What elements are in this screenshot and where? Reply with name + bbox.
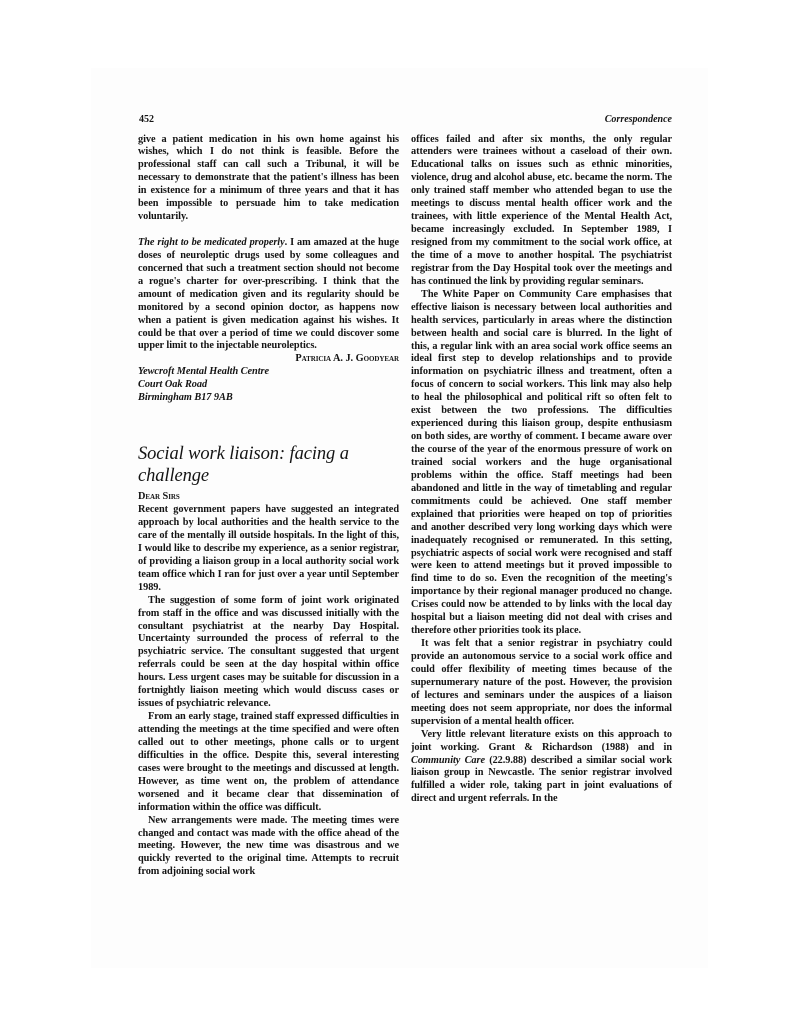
address-line: Birmingham B17 9AB (138, 392, 399, 405)
author-address: Yewcroft Mental Health Centre Court Oak … (138, 366, 399, 405)
body-paragraph: The suggestion of some form of joint wor… (138, 595, 399, 711)
body-paragraph: The White Paper on Community Care emphas… (411, 289, 672, 638)
body-paragraph: It was felt that a senior registrar in p… (411, 638, 672, 729)
left-column: give a patient medication in his own hom… (138, 134, 399, 880)
right-to-be-medicated-paragraph: The right to be medicated properly. I am… (138, 237, 399, 353)
journal-reference: Community Care (411, 755, 485, 766)
continuation-paragraph: give a patient medication in his own hom… (138, 134, 399, 225)
author-signature: Patricia A. J. Goodyear (138, 353, 399, 366)
paragraph-lead-in: The right to be medicated properly (138, 237, 285, 248)
section-header: Correspondence (605, 114, 672, 126)
address-line: Court Oak Road (138, 379, 399, 392)
paragraph-text: Very little relevant literature exists o… (411, 729, 672, 753)
body-paragraph: New arrangements were made. The meeting … (138, 815, 399, 880)
right-column: offices failed and after six months, the… (411, 134, 672, 807)
paragraph-text: . I am amazed at the huge doses of neuro… (138, 237, 399, 352)
body-paragraph: Very little relevant literature exists o… (411, 729, 672, 807)
body-paragraph: offices failed and after six months, the… (411, 134, 672, 289)
salutation: Dear Sirs (138, 491, 399, 504)
page-number: 452 (139, 114, 154, 126)
article-title: Social work liaison: facing a challenge (138, 443, 399, 487)
address-line: Yewcroft Mental Health Centre (138, 366, 399, 379)
body-paragraph: From an early stage, trained staff expre… (138, 711, 399, 815)
body-paragraph: Recent government papers have suggested … (138, 504, 399, 595)
